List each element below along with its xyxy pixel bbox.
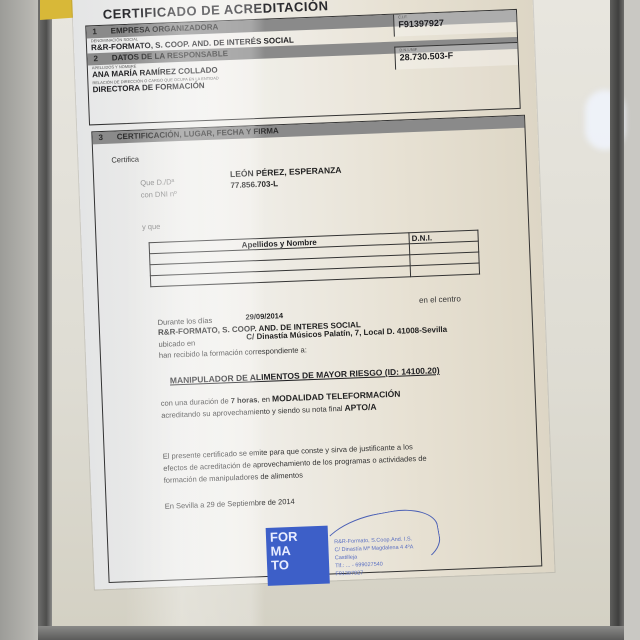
- frame-right-edge: [610, 0, 624, 640]
- frame-bottom-edge: [38, 626, 624, 640]
- course-duration: 7 horas: [231, 395, 258, 405]
- section-label: CERTIFICACIÓN, LUGAR, FECHA Y FIRMA: [117, 126, 279, 141]
- person-name: LEÓN PÉREZ, ESPERANZA: [230, 165, 342, 179]
- stamp-line: F91397927: [335, 567, 414, 578]
- en-el-centro-label: en el centro: [419, 294, 461, 305]
- section-number: 3: [98, 132, 114, 143]
- dni-number-label: con DNI nº: [141, 189, 177, 199]
- statement-line: formación de manipuladores de alimentos: [164, 470, 303, 484]
- final-grade: APTO/A: [344, 402, 376, 413]
- formato-logo-stamp: FOR MA TO: [266, 526, 330, 586]
- duration-prefix: con una duración de: [161, 396, 229, 408]
- que-d-label: Que D./Dª: [140, 177, 174, 187]
- logo-text: TO: [271, 557, 329, 573]
- course-title: MANIPULADOR DE ALIMENTOS DE MAYOR RIESGO…: [170, 365, 440, 385]
- course-modality: MODALIDAD TELEFORMACIÓN: [272, 389, 401, 404]
- section-number: 2: [93, 54, 109, 65]
- person-dni: 77.856.703-L: [230, 179, 278, 190]
- que-label: y que: [142, 222, 161, 232]
- table-cell: [410, 263, 479, 277]
- ubicado-label: ubicado en: [158, 339, 195, 349]
- frame-left-edge: [38, 0, 52, 640]
- dni-cell: D.N.I./NIF 28.730.503-F: [394, 42, 518, 70]
- stamp-text: R&R-Formato, S.Coop.And. I.S. C/ Dinastí…: [334, 535, 414, 578]
- section-number: 1: [92, 27, 108, 38]
- cif-cell: C.I.F. F91397927: [393, 10, 517, 37]
- header-box: 1 EMPRESA ORGANIZADORA DENOMINACIÓN SOCI…: [85, 9, 521, 126]
- certifica-label: Certifica: [111, 155, 139, 165]
- modality-prefix: , en: [257, 395, 270, 404]
- place-and-date: En Sevilla a 29 de Septiembre de 2014: [165, 497, 295, 511]
- certificate-document: CERTIFICADO DE ACREDITACIÓN 1 EMPRESA OR…: [72, 0, 555, 590]
- course-date: 29/09/2014: [245, 311, 283, 321]
- participants-table: Apellidos y Nombre D.N.I.: [149, 230, 480, 288]
- section-3-box: 3 CERTIFICACIÓN, LUGAR, FECHA Y FIRMA Ce…: [91, 115, 542, 583]
